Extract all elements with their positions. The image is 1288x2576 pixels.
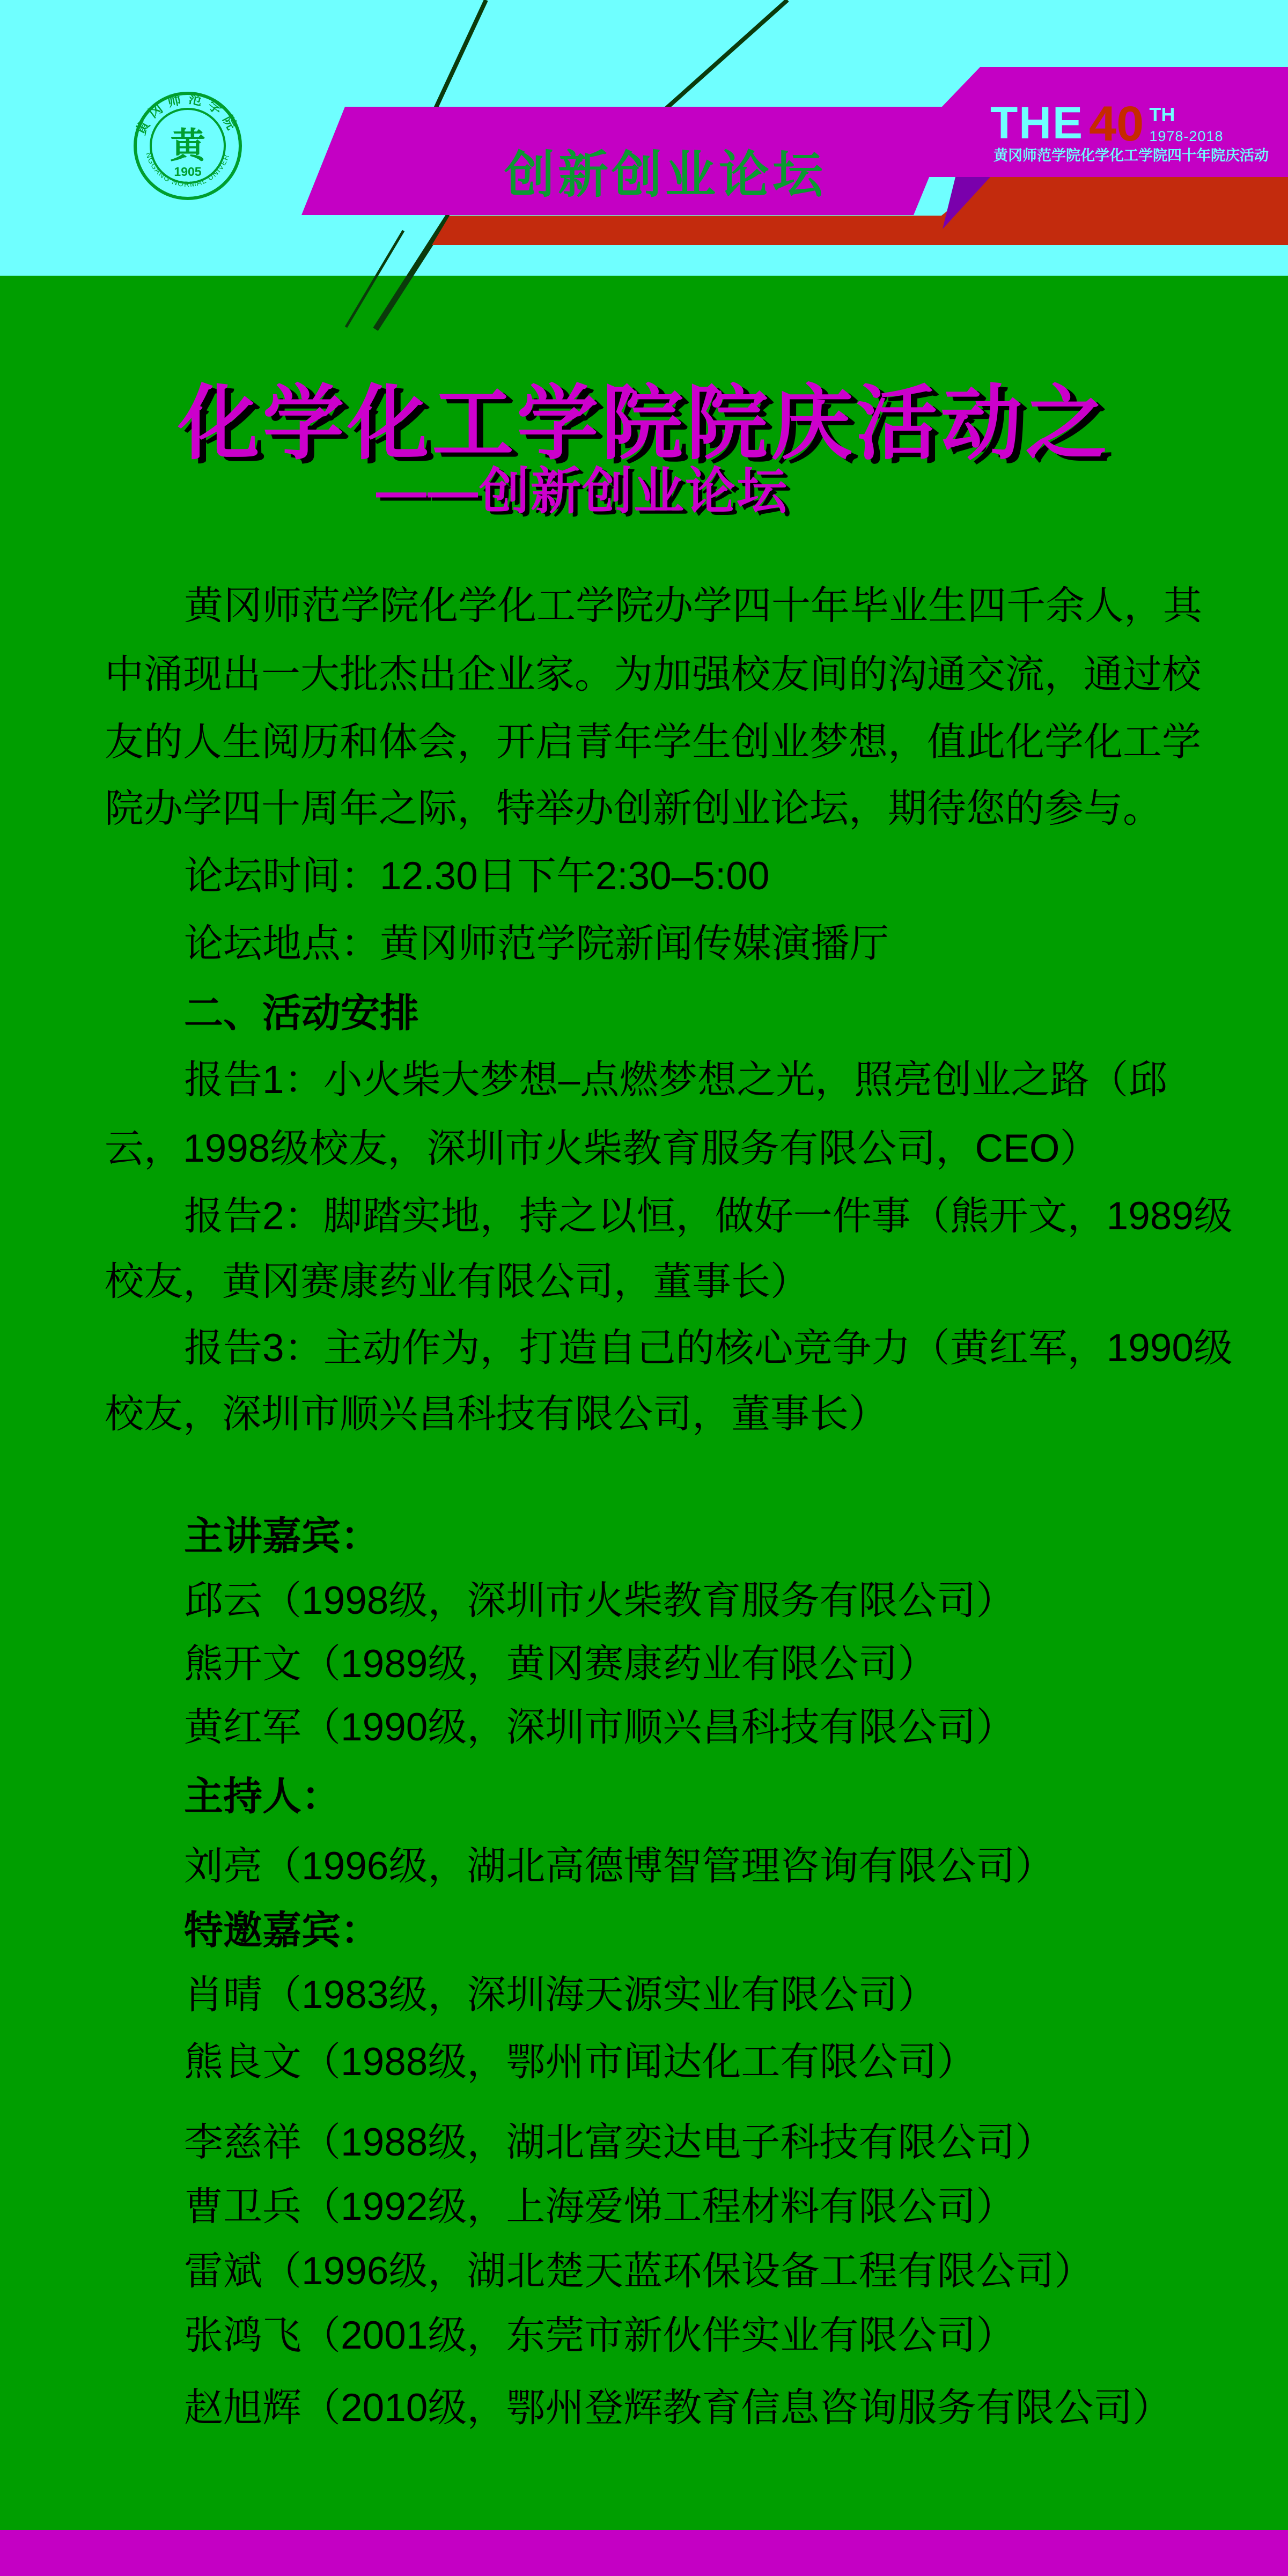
report-line: 报告3：主动作为，打造自己的核心竞争力（黄红军，1990级 [184,1320,1288,1376]
forum-time-line: 论坛时间：12.30日下午2:30–5:00 [184,848,1288,904]
body-line: 友的人生阅历和体会，开启青年学生创业梦想，值此化学化工学 [105,714,1242,770]
seal-emblem: 黄 [170,124,207,166]
section-header-host: 主持人： [184,1769,1288,1825]
diagonal-line-icon [436,0,486,108]
diagonal-line-icon [666,0,787,108]
report-line: 云，1998级校友，深圳市火柴教育服务有限公司，CEO） [105,1121,1242,1177]
guest-line: 李慈祥（1988级，湖北富奕达电子科技有限公司） [184,2115,1288,2171]
forum-venue-line: 论坛地点：黄冈师范学院新闻传媒演播厅 [184,916,1288,972]
report-line: 报告1：小火柴大梦想–点燃梦想之光，照亮创业之路（邱 [184,1052,1288,1108]
forum-banner-title: 创新创业论坛 [494,134,837,206]
body-line: 院办学四十周年之际，特举办创新创业论坛，期待您的参与。 [105,781,1242,837]
anniversary-the: THE [990,102,1084,145]
report-line: 校友，深圳市顺兴昌科技有限公司，董事长） [105,1386,1242,1442]
university-seal: 黄冈师范学院 HUANGGANG NORMAL UNIVERSITY 黄 190… [133,91,242,201]
anniversary-badge: THE 40 TH 1978-2018 [990,102,1223,146]
body-line: 中涌现出一大批杰出企业家。为加强校友间的沟通交流，通过校 [105,647,1242,703]
anniversary-number: 40 [1089,102,1144,146]
guest-line: 熊良文（1988级，鄂州市闻达化工有限公司） [184,2034,1288,2090]
host-line: 刘亮（1996级，湖北高德博智管理咨询有限公司） [184,1839,1288,1894]
body-line: 黄冈师范学院化学化工学院办学四十年毕业生四千余人，其 [184,578,1288,634]
guest-line: 肖晴（1983级，深圳海天源实业有限公司） [184,1967,1288,2023]
guest-line: 张鸿飞（2001级，东莞市新伙伴实业有限公司） [184,2308,1288,2364]
footer-magenta-strip [0,2530,1288,2576]
anniversary-tagline: 黄冈师范学院化学化工学院四十年院庆活动 [993,144,1283,165]
seal-year: 1905 [174,165,201,179]
event-poster: 黄冈师范学院 HUANGGANG NORMAL UNIVERSITY 黄 190… [0,0,1288,2576]
guest-line: 赵旭辉（2010级，鄂州登辉教育信息咨询服务有限公司） [184,2380,1288,2436]
section-header-invited-guests: 特邀嘉宾： [184,1903,1288,1959]
report-line: 报告2：脚踏实地，持之以恒，做好一件事（熊开文，1989级 [184,1189,1288,1244]
section-header-speakers: 主讲嘉宾： [184,1509,1288,1564]
anniversary-th: TH [1149,105,1223,124]
speaker-line: 黄红军（1990级，深圳市顺兴昌科技有限公司） [184,1700,1288,1755]
diagonal-line-icon [376,215,449,329]
guest-line: 雷斌（1996级，湖北楚天蓝环保设备工程有限公司） [184,2243,1288,2299]
report-line: 校友，黄冈赛康药业有限公司，董事长） [105,1254,1242,1310]
page-subtitle: ——创新创业论坛 [0,451,1164,523]
speaker-line: 邱云（1998级，深圳市火柴教育服务有限公司） [184,1573,1288,1629]
diagonal-line-icon [346,231,403,327]
guest-line: 曹卫兵（1992级，上海爱悌工程材料有限公司） [184,2179,1288,2235]
anniversary-years: 1978-2018 [1149,128,1223,145]
section-header-schedule: 二、活动安排 [184,986,1288,1042]
speaker-line: 熊开文（1989级，黄冈赛康药业有限公司） [184,1636,1288,1692]
